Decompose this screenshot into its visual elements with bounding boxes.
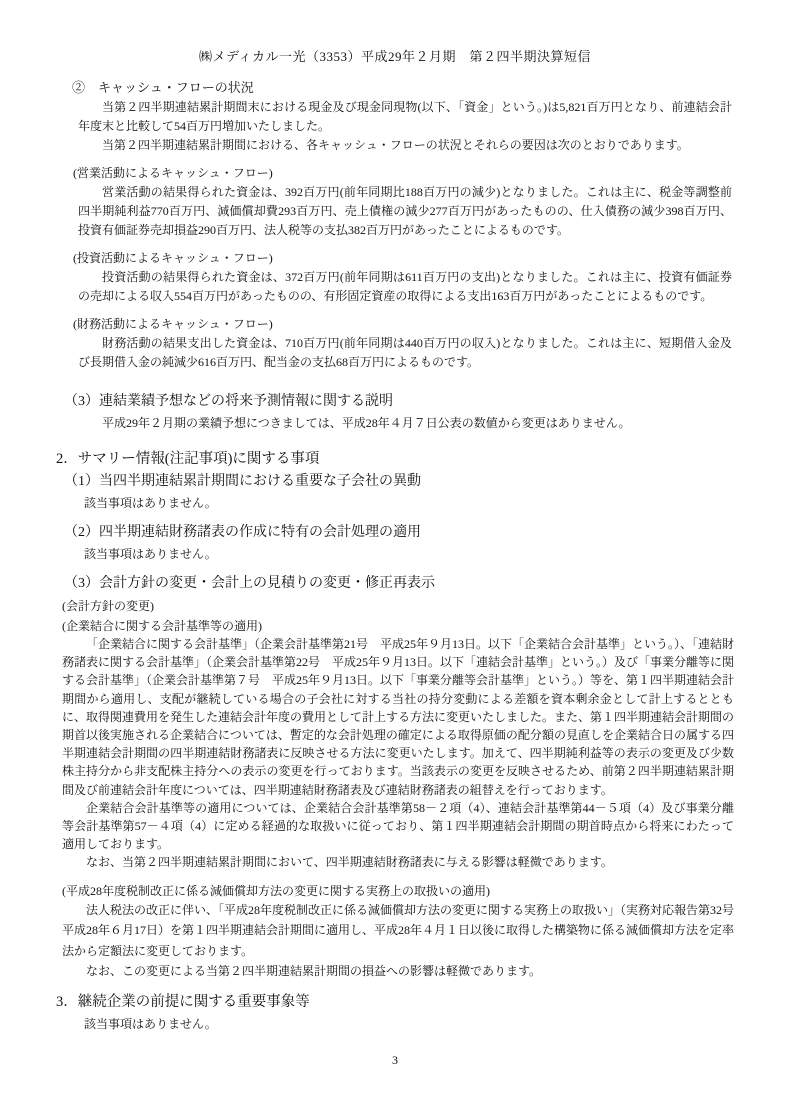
- business-combination-note-label: (企業結合に関する会計基準等の適用): [62, 617, 790, 635]
- depreciation-paragraph-2: なお、この変更による当第２四半期連結累計期間の損益への影響は軽微であります。: [62, 961, 734, 982]
- financing-cash-flow-label: (財務活動によるキャッシュ・フロー): [73, 315, 790, 334]
- accounting-treatment-body: 該当事項はありません。: [84, 545, 734, 564]
- business-combination-paragraph-3: なお、当第２四半期連結累計期間において、四半期連結財務諸表に与える影響は軽微であ…: [62, 853, 734, 871]
- business-combination-paragraph-2: 企業結合会計基準等の適用については、企業結合会計基準第58－２項（4）、連結会計…: [62, 799, 734, 854]
- depreciation-note-label: (平成28年度税制改正に係る減価償却方法の変更に関する実務上の取扱いの適用): [62, 882, 790, 900]
- policy-change-note-label: (会計方針の変更): [62, 597, 790, 615]
- page-number: 3: [0, 1053, 790, 1068]
- policy-change-heading: （3）会計方針の変更・会計上の見積りの変更・修正再表示: [64, 574, 750, 594]
- forecast-section: （3）連結業績予想などの将来予測情報に関する説明 平成29年２月期の業績予想につ…: [0, 392, 790, 433]
- subsidiary-change-heading: （1）当四半期連結累計期間における重要な子会社の異動: [64, 472, 750, 492]
- cash-flow-heading: ② キャッシュ・フローの状況: [72, 77, 790, 96]
- investing-cash-flow-paragraph: 投資活動の結果得られた資金は、372百万円(前年同期は611百万円の支出)となり…: [78, 268, 732, 306]
- going-concern-heading: 3．継続企業の前提に関する重要事象等: [56, 992, 750, 1013]
- depreciation-paragraph-1: 法人税法の改正に伴い、「平成28年度税制改正に係る減価償却方法の変更に関する実務…: [62, 900, 734, 962]
- document-page: ㈱メディカル一光（3353）平成29年２月期 第２四半期決算短信 ② キャッシュ…: [0, 0, 790, 1118]
- operating-cash-flow-paragraph: 営業活動の結果得られた資金は、392百万円(前年同期比188百万円の減少)となり…: [78, 183, 732, 240]
- cash-flow-section: ② キャッシュ・フローの状況 当第２四半期連結累計期間末における現金及び現金同現…: [0, 77, 790, 372]
- summary-info-section: 2．サマリー情報(注記事項)に関する事項 （1）当四半期連結累計期間における重要…: [0, 449, 790, 982]
- investing-cash-flow-label: (投資活動によるキャッシュ・フロー): [73, 249, 790, 268]
- going-concern-section: 3．継続企業の前提に関する重要事象等 該当事項はありません。: [0, 992, 790, 1034]
- cash-flow-intro-paragraph-1: 当第２四半期連結累計期間末における現金及び現金同現物(以下、「資金」という。)は…: [78, 98, 732, 136]
- subsidiary-change-body: 該当事項はありません。: [84, 494, 734, 513]
- accounting-treatment-heading: （2）四半期連結財務諸表の作成に特有の会計処理の適用: [64, 523, 750, 543]
- financing-cash-flow-paragraph: 財務活動の結果支出した資金は、710百万円(前年同期は440百万円の収入)となり…: [78, 334, 732, 372]
- cash-flow-intro-paragraph-2: 当第２四半期連結累計期間における、各キャッシュ・フローの状況とそれらの要因は次の…: [78, 136, 732, 155]
- forecast-paragraph: 平成29年２月期の業績予想につきましては、平成28年４月７日公表の数値から変更は…: [78, 414, 732, 433]
- summary-heading: 2．サマリー情報(注記事項)に関する事項: [56, 449, 750, 470]
- document-header-title: ㈱メディカル一光（3353）平成29年２月期 第２四半期決算短信: [0, 0, 790, 65]
- business-combination-paragraph-1: 「企業結合に関する会計基準」（企業会計基準第21号 平成25年９月13日。以下「…: [62, 635, 734, 799]
- operating-cash-flow-label: (営業活動によるキャッシュ・フロー): [73, 164, 790, 183]
- forecast-heading: （3）連結業績予想などの将来予測情報に関する説明: [64, 392, 750, 412]
- going-concern-body: 該当事項はありません。: [84, 1015, 734, 1034]
